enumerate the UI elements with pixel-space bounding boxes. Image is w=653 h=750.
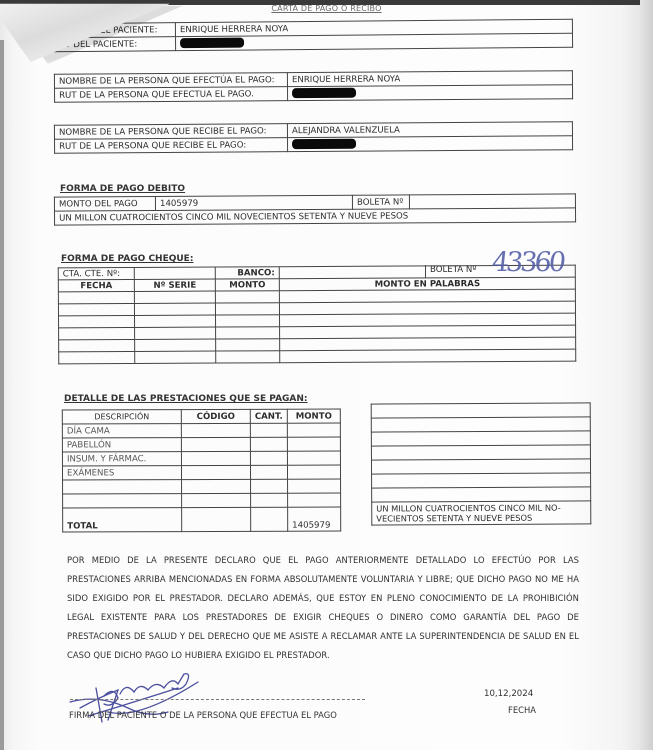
payer-table: NOMBRE DE LA PERSONA QUE EFECTÚA EL PAGO… (54, 70, 573, 103)
redaction-bar (180, 38, 244, 49)
debit-table: MONTO DEL PAGO 1405979 BOLETA Nº UN MILL… (54, 193, 576, 225)
details-cell: PABELLÓN (62, 438, 181, 452)
debit-boleta-label: BOLETA Nº (352, 195, 409, 209)
details-cell (287, 465, 340, 479)
details-col-header: CÓDIGO (181, 409, 250, 423)
payer-rut-value (288, 85, 573, 101)
details-col-header: DESCRIPCIÓN (62, 410, 181, 424)
cheque-cell (216, 315, 280, 327)
cheque-cell (58, 291, 134, 303)
receiver-rut-label: RUT DE LA PERSONA QUE RECIBE EL PAGO: (55, 138, 288, 154)
cheque-heading: FORMA DE PAGO CHEQUE: (61, 254, 193, 264)
details-cell: EXÁMENES (62, 466, 181, 480)
cheque-row (59, 349, 576, 364)
details-row: PABELLÓN (62, 437, 340, 452)
details-cell (251, 493, 288, 507)
details-cell (250, 465, 287, 479)
cheque-cell (59, 315, 135, 327)
debit-boleta-value (409, 194, 575, 209)
cheque-account-label: CTA. CTE. Nº: (58, 267, 134, 279)
redaction-bar (292, 139, 356, 149)
details-cell (287, 451, 340, 465)
scan-left-edge (0, 40, 4, 750)
handwritten-boleta-number: 43360 (490, 247, 564, 278)
cheque-bank-label: BANCO: (215, 267, 279, 279)
redaction-bar (292, 88, 356, 98)
cheque-cell (135, 327, 216, 339)
details-cell (182, 479, 251, 493)
cheque-cell (216, 339, 280, 351)
cheque-boleta-label: BOLETA Nº (425, 265, 476, 278)
details-cell (250, 437, 287, 451)
details-cell (287, 437, 340, 451)
details-col-header: MONTO (287, 409, 340, 423)
declaration-text: POR MEDIO DE LA PRESENTE DECLARO QUE EL … (67, 551, 579, 665)
debit-amount-value: 1405979 (155, 195, 352, 210)
debit-heading: FORMA DE PAGO DEBITO (60, 184, 185, 194)
cheque-cell (59, 339, 135, 351)
details-cell (63, 480, 182, 494)
cheque-col-header: FECHA (58, 279, 134, 291)
details-header-row: DESCRIPCIÓNCÓDIGOCANT.MONTO (62, 409, 340, 424)
signature-label: FIRMA DEL PACIENTE O DE LA PERSONA QUE E… (69, 710, 337, 720)
details-cell (288, 493, 341, 507)
signature-line (70, 699, 365, 700)
details-cell: INSUM. Y FÁRMAC. (62, 452, 181, 466)
cheque-cell (59, 351, 135, 363)
details-cell (288, 479, 341, 493)
cheque-cell (135, 339, 216, 351)
details-words-box: UN MILLON CUATROCIENTOS CINCO MIL NO-VEC… (371, 402, 592, 525)
details-cell (250, 451, 287, 465)
details-cell (287, 423, 340, 437)
cheque-cell (135, 315, 216, 327)
details-heading: DETALLE DE LAS PRESTACIONES QUE SE PAGAN… (64, 394, 308, 404)
details-cell (181, 437, 250, 451)
cheque-cell (58, 303, 134, 315)
details-cell: DÍA CAMA (62, 424, 181, 438)
details-cell (181, 465, 250, 479)
payer-rut-label: RUT DE LA PERSONA QUE EFECTUA EL PAGO. (55, 87, 288, 103)
details-row (63, 493, 341, 508)
cheque-table: CTA. CTE. Nº: BANCO: FECHANº SERIEMONTOM… (58, 265, 577, 365)
details-row: EXÁMENES (62, 465, 340, 480)
details-row (63, 479, 341, 494)
cheque-cell (280, 349, 576, 363)
cheque-col-header: Nº SERIE (134, 279, 215, 291)
details-cell (181, 451, 250, 465)
patient-rut-value (176, 33, 573, 50)
receiver-rut-value (288, 136, 573, 152)
details-cell (181, 423, 250, 437)
date-label: FECHA (508, 705, 536, 715)
details-cell (250, 423, 287, 437)
details-table: DESCRIPCIÓNCÓDIGOCANT.MONTO DÍA CAMAPABE… (62, 409, 341, 533)
details-cell (251, 479, 288, 493)
details-row: INSUM. Y FÁRMAC. (62, 451, 340, 466)
cheque-cell (215, 303, 279, 315)
details-amount-words: UN MILLON CUATROCIENTOS CINCO MIL NO-VEC… (372, 501, 591, 525)
details-col-header: CANT. (250, 409, 287, 423)
cheque-cell (59, 327, 135, 339)
cheque-cell (216, 327, 280, 339)
total-label: TOTAL (63, 508, 182, 532)
total-value: 1405979 (288, 507, 341, 531)
details-cell (63, 494, 182, 508)
cheque-cell (216, 351, 280, 363)
date-value: 10,12,2024 (484, 689, 533, 699)
cheque-col-header: MONTO (215, 279, 279, 291)
scan-right-edge (640, 0, 653, 750)
details-cell (182, 493, 251, 507)
debit-amount-label: MONTO DEL PAGO (54, 196, 155, 211)
cheque-cell (134, 303, 215, 315)
debit-amount-words: UN MILLON CUATROCIENTOS CINCO MIL NOVECI… (55, 208, 576, 225)
cheque-cell (134, 291, 215, 303)
cheque-cell (215, 291, 279, 303)
receiver-table: NOMBRE DE LA PERSONA QUE RECIBE EL PAGO:… (54, 121, 573, 154)
cheque-cell (135, 351, 216, 363)
details-row: DÍA CAMA (62, 423, 340, 438)
